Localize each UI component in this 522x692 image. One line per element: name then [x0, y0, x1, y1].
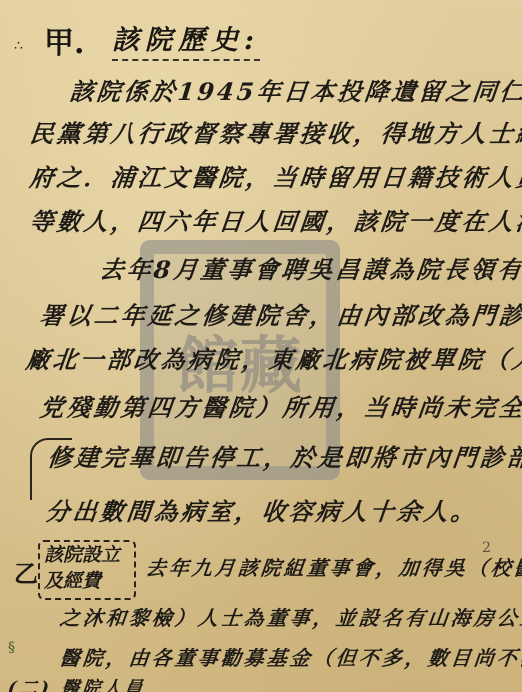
section-yi-line-1: 去年九月該院組董事會，加得吳（校醫 [144, 552, 522, 581]
paragraph2-line-2: 署以二年延之修建院舍，由內部改為門診部，東 [38, 296, 522, 331]
paragraph2-line-4: 党殘勤第四方醫院）所用，当時尚未完全 [38, 388, 522, 423]
paragraph2-line-6: 分出數間為病室，收容病人十余人。 [44, 492, 480, 527]
paragraph1-line-3: 府之．浦江文醫院，当時留用日籍技術人員黑川雅 [28, 158, 522, 193]
section-yi-line-3: 醫院，由各董事勸募基金（但不多，數目尚不清） [58, 642, 522, 671]
section-yi-line-2: 之沐和黎檢）人士為董事，並設名有山海房公立 [58, 602, 522, 631]
section-marker-icon: ∴ [14, 38, 23, 54]
margin-doodle-icon: § [8, 640, 15, 656]
next-section-heading: (二) 醫院人員 [7, 674, 147, 692]
section-jia-label: 甲. [44, 18, 84, 62]
paragraph1-line-1: 該院係於1945年日本投降遺留之同仁會醫院，由 [68, 72, 522, 107]
section-yi-label: 乙 [14, 554, 38, 589]
paragraph2-line-3: 廠北一部改為病院，東廠北病院被單院（人民 [24, 340, 522, 375]
section-yi-boxed-heading: 該院設立 及經費 [38, 540, 136, 600]
paragraph1-line-2: 民黨第八行政督察專署接收，得地方人士組織董 [28, 114, 522, 149]
paragraph2-line-1: 去年8月董事會聘吳昌謨為院長領有救濟 [98, 250, 522, 285]
paragraph2-line-5: 修建完畢即告停工，於是即將市內門診部房間 [46, 438, 522, 473]
paragraph1-line-4: 等數人，四六年日人回國，該院一度在人浮於所中。 [28, 202, 522, 237]
document-page: 館藏 ∴ 甲. 該院歷史: 該院係於1945年日本投降遺留之同仁會醫院，由 民黨… [0, 0, 522, 692]
box-heading-line-1: 該院設立 [44, 542, 134, 568]
section-title: 該院歷史: [112, 18, 260, 61]
box-heading-line-2: 及經費 [44, 568, 134, 594]
